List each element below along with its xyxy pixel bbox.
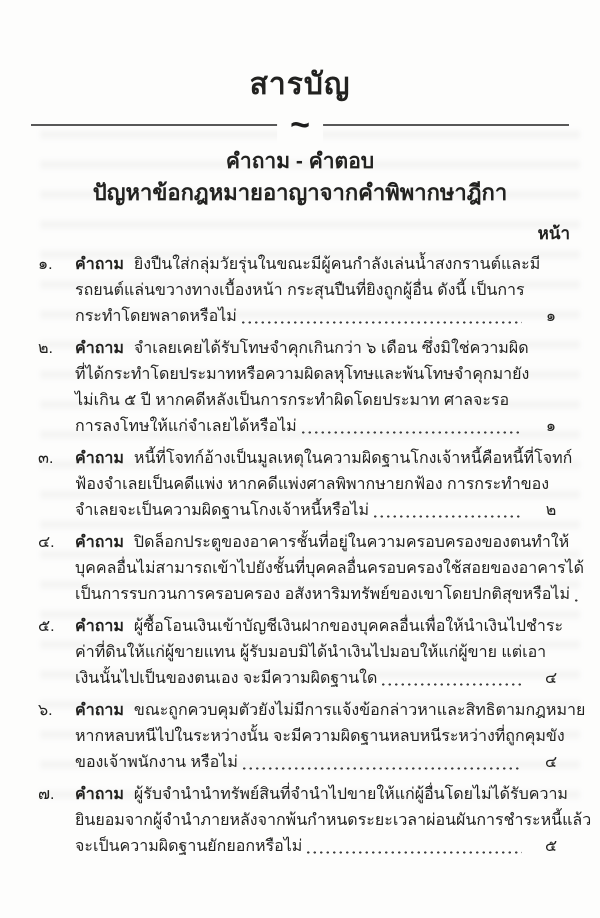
- entry-text: ผู้รับจำนำนำทรัพย์สินที่จำนำไปขายให้แก่ผ…: [134, 786, 568, 803]
- entry-text: จะเป็นความผิดฐานยักยอกหรือไม่: [75, 834, 302, 860]
- dot-leader: [300, 431, 522, 434]
- entry-number: ๒.: [38, 336, 75, 440]
- entry-text: กระทำโดยพลาดหรือไม่: [75, 304, 237, 330]
- entry-text: ผู้ซื้อโอนเงินเข้าบัญชีเงินฝากของบุคคลอื…: [134, 618, 563, 635]
- toc-entry-7: ๗. คำถามผู้รับจำนำนำทรัพย์สินที่จำนำไปขา…: [38, 782, 572, 860]
- question-label: คำถาม: [75, 534, 124, 551]
- entry-line: ไม่เกิน ๕ ปี หากคดีหลังเป็นการกระทำผิดโด…: [75, 388, 572, 414]
- entry-text: ยิงปืนใส่กลุ่มวัยรุ่นในขณะมีผู้คนกำลังเล…: [134, 256, 540, 273]
- entry-text: ปิดล็อกประตูของอาคารชั้นที่อยู่ในความครอ…: [134, 534, 569, 551]
- question-label: คำถาม: [75, 340, 124, 357]
- entry-line: คำถามยิงปืนใส่กลุ่มวัยรุ่นในขณะมีผู้คนกำ…: [75, 252, 572, 278]
- entry-lastline: จำเลยจะเป็นความผิดฐานโกงเจ้าหนี้หรือไม่ …: [75, 498, 572, 524]
- entry-text: หนี้ที่โจทก์อ้างเป็นมูลเหตุในความผิดฐานโ…: [134, 450, 572, 467]
- entry-number: ๕.: [38, 614, 75, 692]
- tilde-ornament: ~: [277, 105, 323, 145]
- entry-line: คำถามขณะถูกควบคุมตัวยังไม่มีการแจ้งข้อกล…: [75, 698, 572, 724]
- question-label: คำถาม: [75, 450, 124, 467]
- entry-line: ค่าที่ดินให้แก่ผู้ขายแทน ผู้รับมอบมิได้น…: [75, 640, 572, 666]
- entry-text: จำเลยเคยได้รับโทษจำคุกเกินกว่า ๖ เดือน ซ…: [134, 340, 529, 357]
- entry-line: คำถามปิดล็อกประตูของอาคารชั้นที่อยู่ในคว…: [75, 530, 572, 556]
- entry-page-number: ๑: [530, 414, 572, 440]
- entry-number: ๗.: [38, 782, 75, 860]
- entry-text: ขณะถูกควบคุมตัวยังไม่มีการแจ้งข้อกล่าวหา…: [134, 702, 585, 719]
- toc-entry-3: ๓. คำถามหนี้ที่โจทก์อ้างเป็นมูลเหตุในควา…: [38, 446, 572, 524]
- entry-page-number: ๑: [530, 304, 572, 330]
- toc-entry-4: ๔. คำถามปิดล็อกประตูของอาคารชั้นที่อยู่ใ…: [38, 530, 572, 608]
- toc-entry-5: ๕. คำถามผู้ซื้อโอนเงินเข้าบัญชีเงินฝากขอ…: [38, 614, 572, 692]
- entry-line: คำถามผู้ซื้อโอนเงินเข้าบัญชีเงินฝากของบุ…: [75, 614, 572, 640]
- toc-entry-6: ๖. คำถามขณะถูกควบคุมตัวยังไม่มีการแจ้งข้…: [38, 698, 572, 776]
- entry-lastline: จะเป็นความผิดฐานยักยอกหรือไม่ ๕: [75, 834, 572, 860]
- entry-text: เป็นการรบกวนการครอบครอง อสังหาริมทรัพย์ข…: [75, 582, 570, 608]
- question-label: คำถาม: [75, 256, 124, 273]
- entry-body: คำถามยิงปืนใส่กลุ่มวัยรุ่นในขณะมีผู้คนกำ…: [75, 252, 572, 330]
- entry-lastline: ของเจ้าพนักงาน หรือไม่ ๔: [75, 750, 572, 776]
- entry-number: ๖.: [38, 698, 75, 776]
- entry-lastline: กระทำโดยพลาดหรือไม่ ๑: [75, 304, 572, 330]
- entry-number: ๑.: [38, 252, 75, 330]
- toc-entry-1: ๑. คำถามยิงปืนใส่กลุ่มวัยรุ่นในขณะมีผู้ค…: [38, 252, 572, 330]
- header-divider-rule: ~: [31, 124, 569, 126]
- entry-line: ที่ได้กระทำโดยประมาทหรือความผิดลหุโทษและ…: [75, 362, 572, 388]
- page-column-label: หน้า: [0, 222, 570, 246]
- entry-page-number: ๔: [530, 666, 572, 692]
- dot-leader: [241, 767, 522, 770]
- entry-line: บุคคลอื่นไม่สามารถเข้าไปยังชั้นที่บุคคลอ…: [75, 556, 572, 582]
- question-label: คำถาม: [75, 618, 124, 635]
- entry-body: คำถามปิดล็อกประตูของอาคารชั้นที่อยู่ในคว…: [75, 530, 572, 608]
- entry-lastline: การลงโทษให้แก่จำเลยได้หรือไม่ ๑: [75, 414, 572, 440]
- entry-line: คำถามหนี้ที่โจทก์อ้างเป็นมูลเหตุในความผิ…: [75, 446, 572, 472]
- entry-body: คำถามขณะถูกควบคุมตัวยังไม่มีการแจ้งข้อกล…: [75, 698, 572, 776]
- toc-entry-2: ๒. คำถามจำเลยเคยได้รับโทษจำคุกเกินกว่า ๖…: [38, 336, 572, 440]
- entry-text: จำเลยจะเป็นความผิดฐานโกงเจ้าหนี้หรือไม่: [75, 498, 369, 524]
- entry-number: ๓.: [38, 446, 75, 524]
- entry-page-number: ๒: [530, 498, 572, 524]
- question-label: คำถาม: [75, 702, 124, 719]
- book-page: สารบัญ ~ คำถาม - คำตอบ ปัญหาข้อกฎหมายอาญ…: [0, 0, 600, 918]
- entry-line: คำถามผู้รับจำนำนำทรัพย์สินที่จำนำไปขายให…: [75, 782, 572, 808]
- section-subtitle-topic: ปัญหาข้อกฎหมายอาญาจากคำพิพากษาฎีกา: [0, 178, 600, 208]
- entry-lastline: เป็นการรบกวนการครอบครอง อสังหาริมทรัพย์ข…: [75, 582, 572, 608]
- dot-leader: [372, 515, 522, 518]
- question-label: คำถาม: [75, 786, 124, 803]
- entry-line: คำถามจำเลยเคยได้รับโทษจำคุกเกินกว่า ๖ เด…: [75, 336, 572, 362]
- entry-text: ของเจ้าพนักงาน หรือไม่: [75, 750, 238, 776]
- dot-leader: [573, 599, 581, 602]
- entry-number: ๔.: [38, 530, 75, 608]
- entry-text: เงินนั้นไปเป็นของตนเอง จะมีความผิดฐานใด: [75, 666, 377, 692]
- dot-leader: [380, 683, 522, 686]
- page-content: สารบัญ ~ คำถาม - คำตอบ ปัญหาข้อกฎหมายอาญ…: [0, 66, 600, 860]
- page-title: สารบัญ: [0, 66, 600, 104]
- entry-body: คำถามจำเลยเคยได้รับโทษจำคุกเกินกว่า ๖ เด…: [75, 336, 572, 440]
- entry-text: การลงโทษให้แก่จำเลยได้หรือไม่: [75, 414, 297, 440]
- entry-page-number: ๔: [530, 750, 572, 776]
- entry-body: คำถามผู้ซื้อโอนเงินเข้าบัญชีเงินฝากของบุ…: [75, 614, 572, 692]
- entry-line: หากหลบหนีไปในระหว่างนั้น จะมีความผิดฐานห…: [75, 724, 572, 750]
- entry-page-number: ๕: [530, 834, 572, 860]
- dot-leader: [240, 321, 522, 324]
- toc-entries: ๑. คำถามยิงปืนใส่กลุ่มวัยรุ่นในขณะมีผู้ค…: [38, 252, 572, 860]
- section-subtitle-qa: คำถาม - คำตอบ: [0, 148, 600, 176]
- entry-line: รถยนต์แล่นขวางทางเบื้องหน้า กระสุนปืนที่…: [75, 278, 572, 304]
- entry-body: คำถามหนี้ที่โจทก์อ้างเป็นมูลเหตุในความผิ…: [75, 446, 572, 524]
- entry-lastline: เงินนั้นไปเป็นของตนเอง จะมีความผิดฐานใด …: [75, 666, 572, 692]
- dot-leader: [305, 851, 522, 854]
- entry-line: ยินยอมจากผู้จำนำภายหลังจากพ้นกำหนดระยะเว…: [75, 808, 572, 834]
- entry-page-number: ๓: [589, 582, 600, 608]
- entry-body: คำถามผู้รับจำนำนำทรัพย์สินที่จำนำไปขายให…: [75, 782, 572, 860]
- entry-line: ฟ้องจำเลยเป็นคดีแพ่ง หากคดีแพ่งศาลพิพากษ…: [75, 472, 572, 498]
